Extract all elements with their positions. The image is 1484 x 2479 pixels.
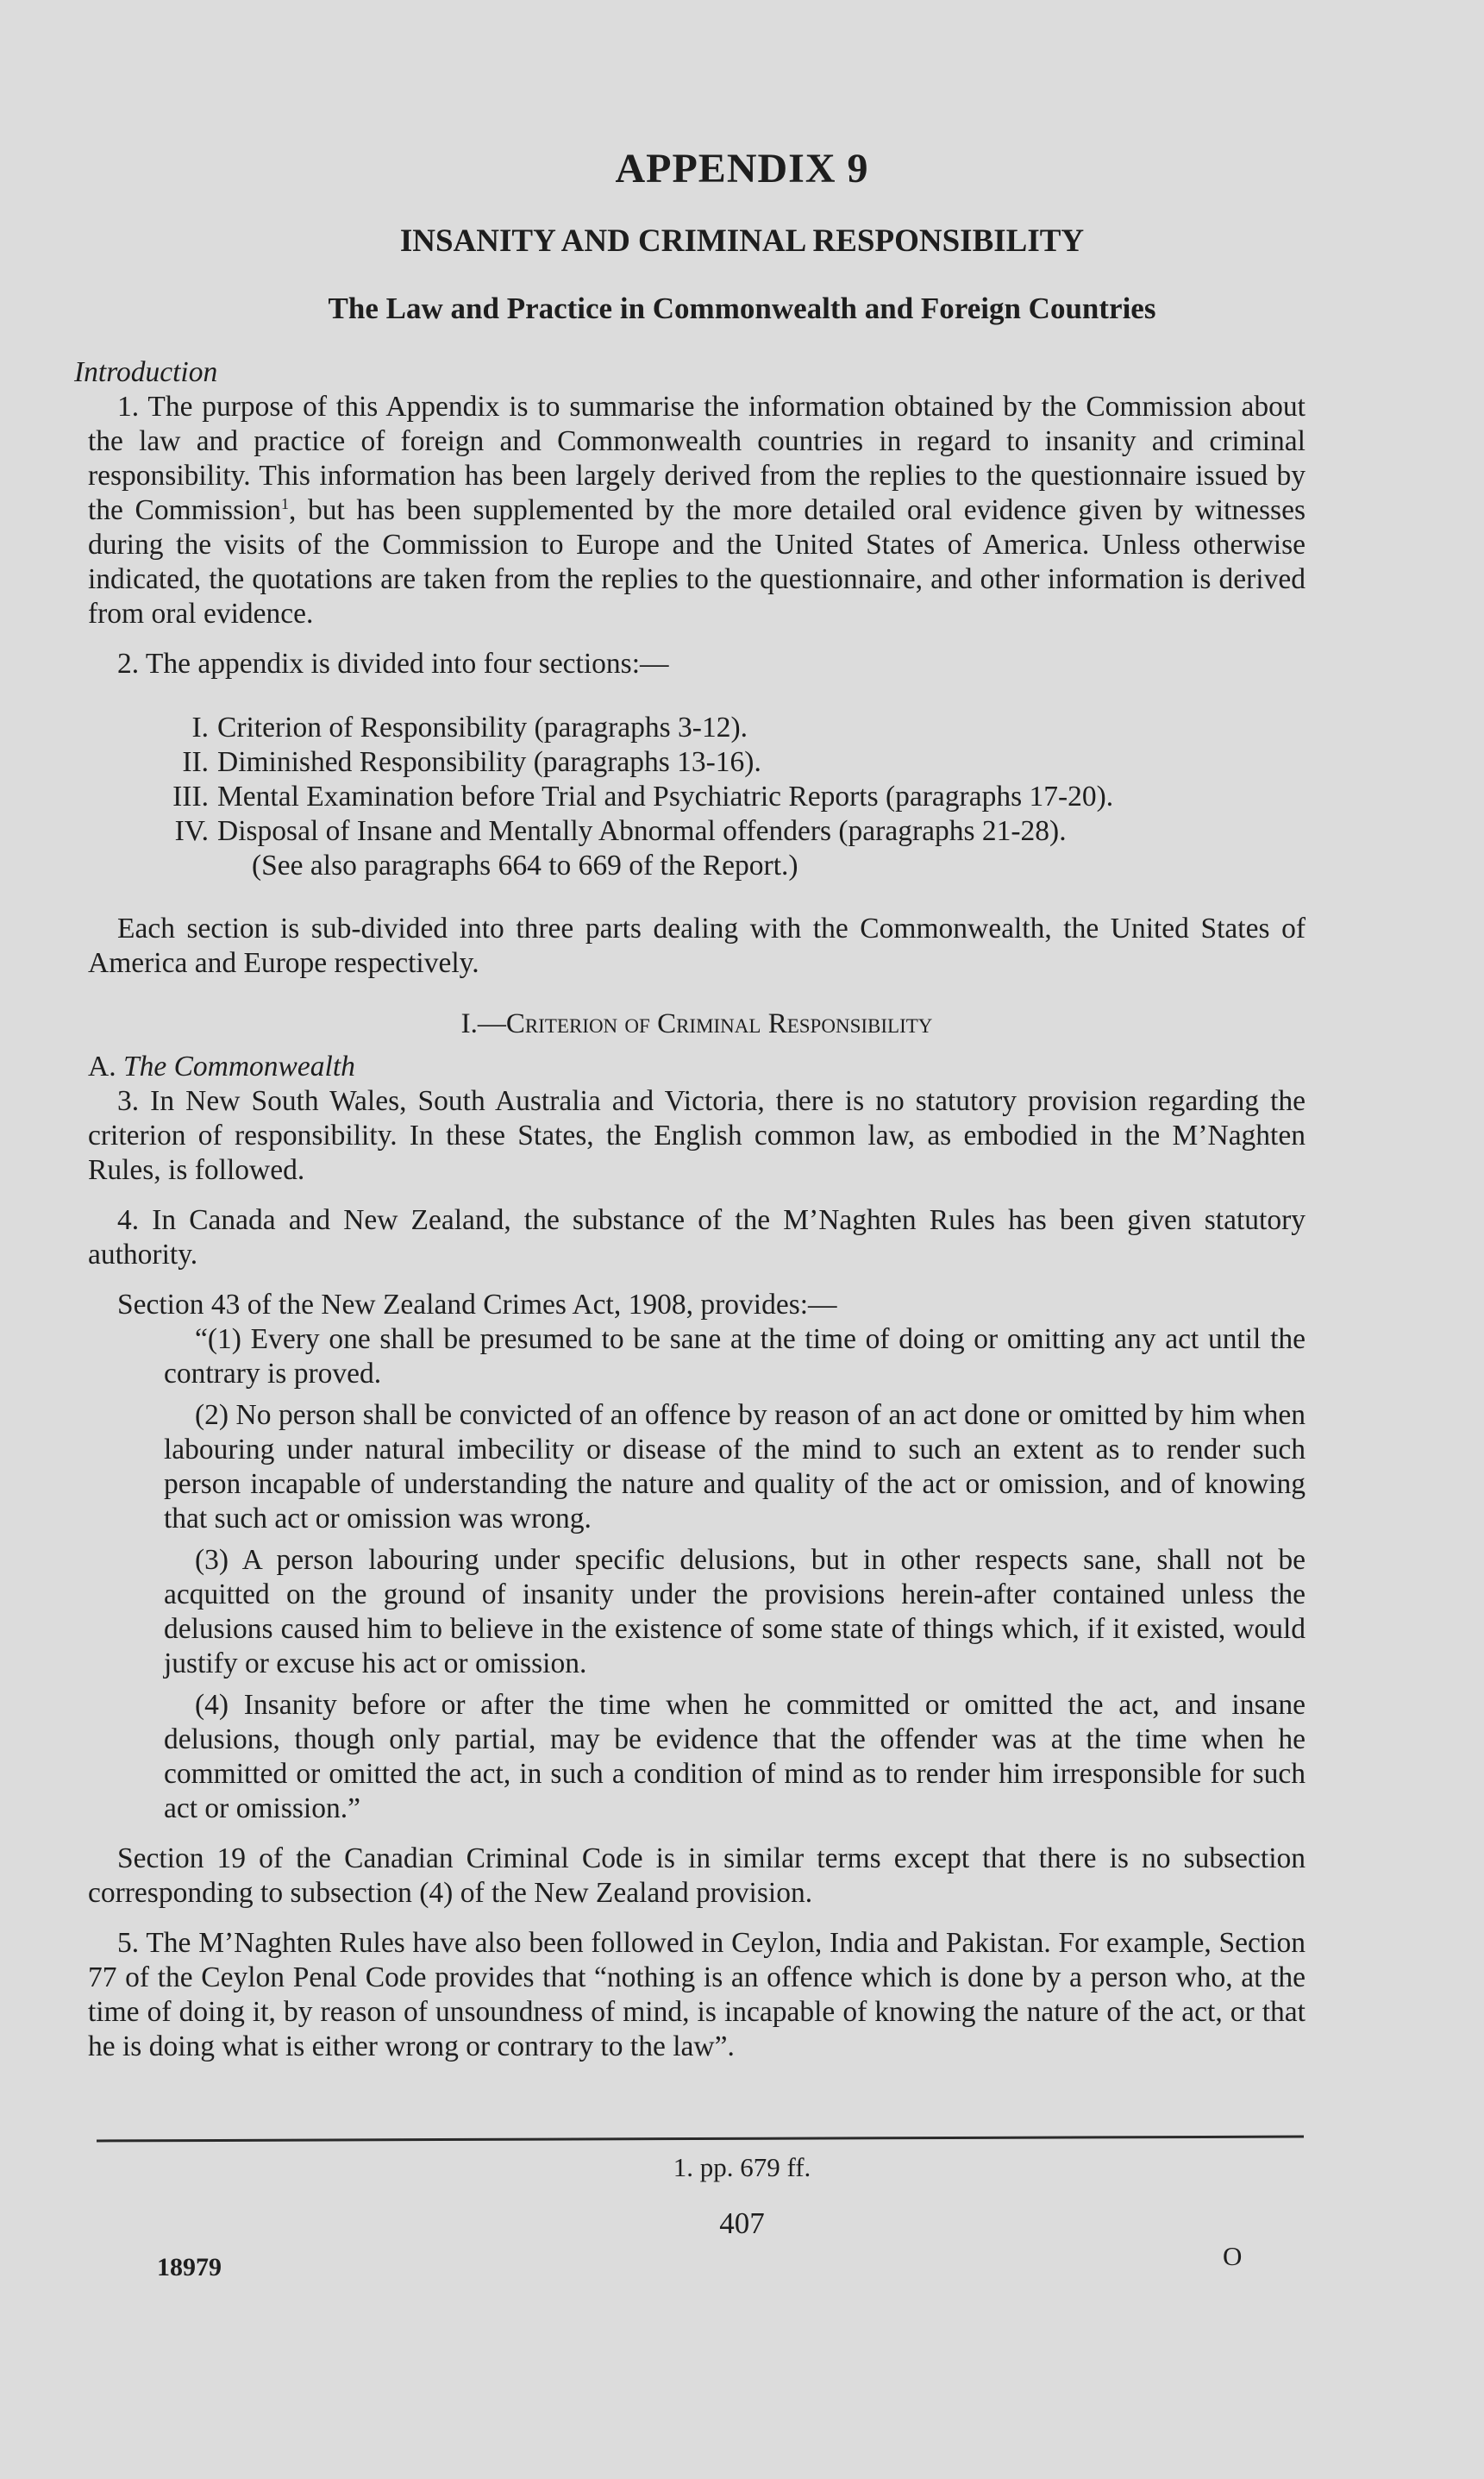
list-item: III.Mental Examination before Trial and …	[88, 780, 1306, 814]
body-text: Introduction 1. The purpose of this Appe…	[88, 355, 1306, 2064]
paragraph-3: 3. In New South Wales, South Australia a…	[88, 1084, 1306, 1188]
list-item-text: Mental Examination before Trial and Psyc…	[217, 781, 1113, 813]
appendix-title: APPENDIX 9	[0, 145, 1484, 192]
list-item-number: IV.	[88, 814, 209, 849]
footnote-divider	[97, 2136, 1304, 2143]
subsection-a-heading: A. The Commonwealth	[88, 1050, 1306, 1084]
paragraph-1: 1. The purpose of this Appendix is to su…	[88, 390, 1306, 631]
page-number: 407	[0, 2206, 1484, 2241]
document-page: APPENDIX 9 INSANITY AND CRIMINAL RESPONS…	[0, 0, 1484, 2479]
list-item-number: I.	[88, 711, 209, 745]
list-item: IV.Disposal of Insane and Mentally Abnor…	[88, 814, 1306, 883]
list-item: II.Diminished Responsibility (paragraphs…	[88, 745, 1306, 780]
paragraph-5: 5. The M’Naghten Rules have also been fo…	[88, 1926, 1306, 2064]
list-item-text: Diminished Responsibility (paragraphs 13…	[217, 746, 761, 778]
list-item-number: III.	[88, 780, 209, 814]
paragraph-2: 2. The appendix is divided into four sec…	[88, 647, 1306, 681]
introduction-heading: Introduction	[74, 355, 1306, 390]
subsection-title: The Commonwealth	[123, 1051, 355, 1083]
canada-note: Section 19 of the Canadian Criminal Code…	[88, 1842, 1306, 1911]
print-code: 18979	[157, 2253, 222, 2282]
quote-subsection-1: “(1) Every one shall be presumed to be s…	[164, 1322, 1306, 1391]
subsection-letter: A.	[88, 1051, 116, 1083]
list-item-number: II.	[88, 745, 209, 780]
subdivision-note: Each section is sub-divided into three p…	[88, 912, 1306, 981]
list-item-note: (See also paragraphs 664 to 669 of the R…	[217, 849, 1306, 883]
footnote: 1. pp. 679 ff.	[0, 2152, 1484, 2183]
paragraph-4: 4. In Canada and New Zealand, the substa…	[88, 1203, 1306, 1272]
document-title: INSANITY AND CRIMINAL RESPONSIBILITY	[0, 223, 1484, 260]
quote-subsection-4: (4) Insanity before or after the time wh…	[164, 1688, 1306, 1826]
list-item: I.Criterion of Responsibility (paragraph…	[88, 711, 1306, 745]
quote-subsection-2: (2) No person shall be convicted of an o…	[164, 1398, 1306, 1536]
section-43-intro: Section 43 of the New Zealand Crimes Act…	[88, 1288, 1306, 1322]
document-subtitle: The Law and Practice in Commonwealth and…	[0, 292, 1484, 326]
footnote-marker: 1	[281, 495, 289, 512]
signature-mark: O	[1223, 2241, 1242, 2272]
section-1-heading: I.—Criterion of Criminal Responsibility	[88, 1007, 1306, 1041]
quote-subsection-3: (3) A person labouring under specific de…	[164, 1543, 1306, 1681]
list-item-text: Criterion of Responsibility (paragraphs …	[217, 712, 748, 744]
sections-list: I.Criterion of Responsibility (paragraph…	[88, 711, 1306, 883]
statute-quote: “(1) Every one shall be presumed to be s…	[164, 1322, 1306, 1826]
list-item-text: Disposal of Insane and Mentally Abnormal…	[217, 815, 1067, 847]
